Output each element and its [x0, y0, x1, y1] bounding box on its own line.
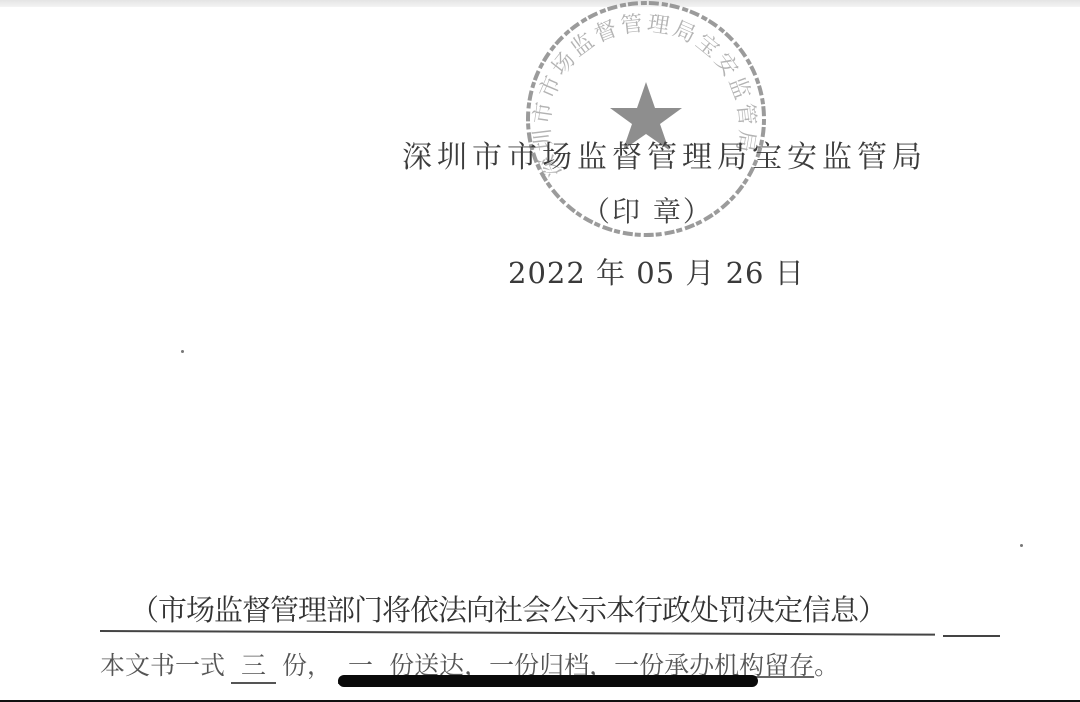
divider-line [100, 630, 935, 636]
redaction-bar [338, 675, 758, 687]
copies-unit: 份， [282, 646, 332, 682]
seal-label: （印 章） [582, 190, 713, 230]
public-disclosure-notice: （市场监督管理部门将依法向社会公示本行政处罚决定信息） [130, 588, 886, 629]
copies-end: 。 [814, 646, 839, 682]
scan-speck [181, 350, 184, 353]
issuing-authority: 深圳市市场监督管理局宝安监管局 [402, 132, 927, 176]
total-copies-field: 三 [231, 646, 276, 684]
copies-prefix: 本文书一式 [100, 646, 225, 682]
scan-speck [1020, 544, 1023, 547]
issue-date: 2022 年 05 月 26 日 [508, 251, 805, 292]
divider-line-end [943, 635, 1000, 637]
